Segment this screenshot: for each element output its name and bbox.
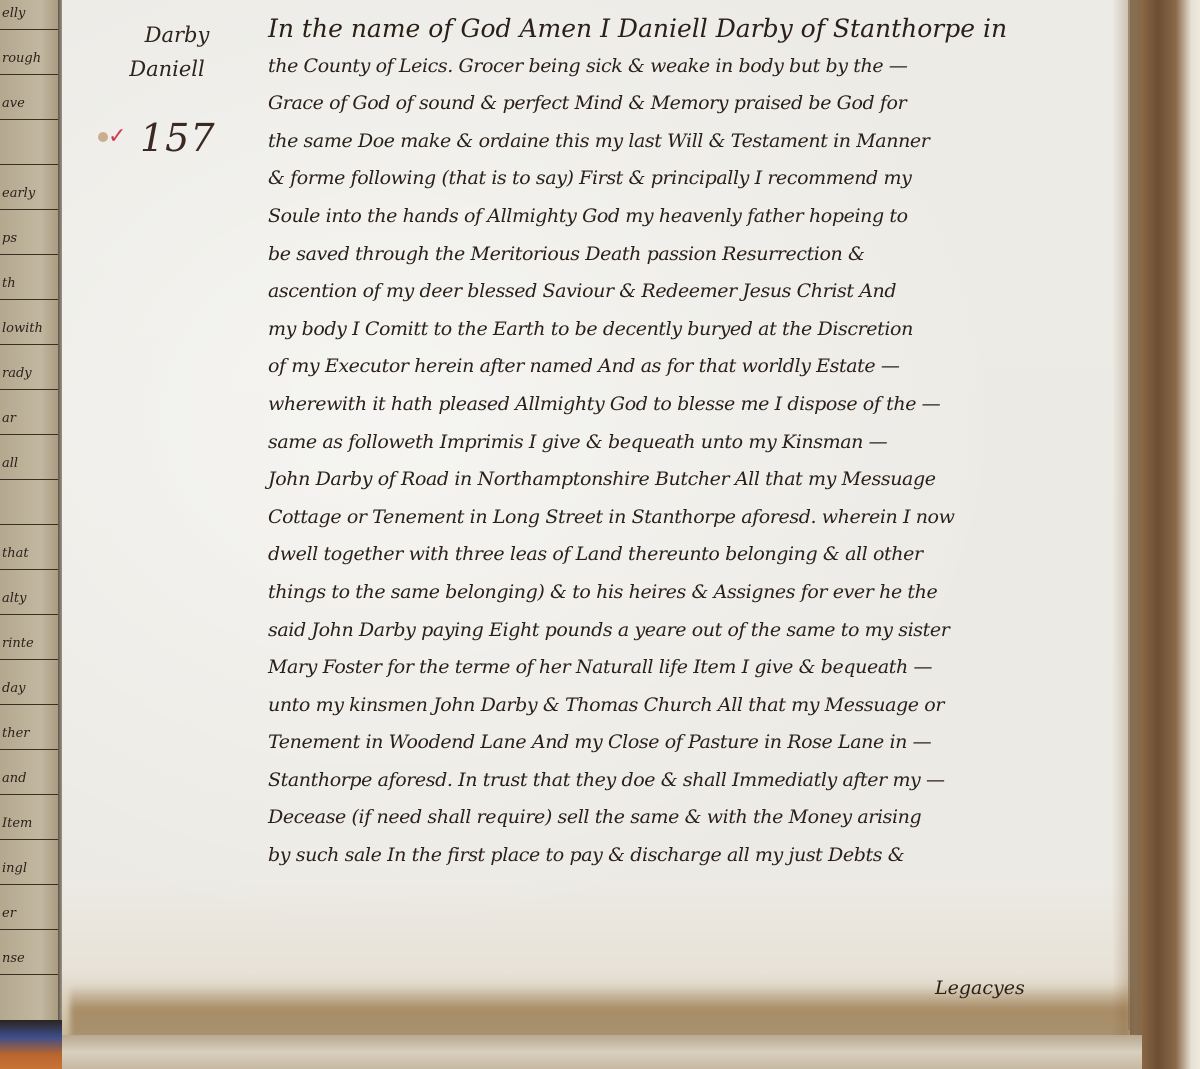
facing-page-fragment: ther: [0, 722, 58, 750]
facing-page-fragment: that: [0, 542, 58, 570]
ink-spot: [98, 132, 108, 142]
manuscript-line: Mary Foster for the terme of her Natural…: [268, 649, 1116, 687]
facing-page-fragment: Item: [0, 812, 58, 840]
margin-testator-name: Darby Daniell: [112, 18, 222, 86]
manuscript-line: said John Darby paying Eight pounds a ye…: [268, 612, 1116, 650]
facing-page-fragment: day: [0, 677, 58, 705]
folio-number: 157: [140, 116, 216, 160]
facing-page-fragment: ar: [0, 407, 58, 435]
manuscript-line: Grace of God of sound & perfect Mind & M…: [268, 85, 1116, 123]
manuscript-line: & forme following (that is to say) First…: [268, 160, 1116, 198]
facing-page-fragment: elly: [0, 2, 58, 30]
closing-word: Legacyes: [935, 977, 1025, 999]
manuscript-line: Decease (if need shall require) sell the…: [268, 799, 1116, 837]
facing-page-fragment: nse: [0, 947, 58, 975]
facing-page-fragment: th: [0, 272, 58, 300]
facing-page-fragment: ps: [0, 227, 58, 255]
facing-page-fragment: early: [0, 182, 58, 210]
manuscript-line: unto my kinsmen John Darby & Thomas Chur…: [268, 687, 1116, 725]
facing-page-fragment: rough: [0, 47, 58, 75]
manuscript-line: my body I Comitt to the Earth to be dece…: [268, 311, 1116, 349]
facing-page-fragment: rinte: [0, 632, 58, 660]
manuscript-line: things to the same belonging) & to his h…: [268, 574, 1116, 612]
facing-page-fragment: [0, 137, 58, 165]
facing-page-fragment: ave: [0, 92, 58, 120]
manuscript-line: Soule into the hands of Allmighty God my…: [268, 198, 1116, 236]
manuscript-line: dwell together with three leas of Land t…: [268, 536, 1116, 574]
manuscript-line: In the name of God Amen I Daniell Darby …: [268, 10, 1116, 48]
manuscript-line: Tenement in Woodend Lane And my Close of…: [268, 724, 1116, 762]
facing-page-fragment: [0, 497, 58, 525]
red-tick-icon: ✓: [108, 124, 126, 149]
manuscript-line: John Darby of Road in Northamptonshire B…: [268, 461, 1116, 499]
manuscript-line: the County of Leics. Grocer being sick &…: [268, 48, 1116, 86]
manuscript-line: the same Doe make & ordaine this my last…: [268, 123, 1116, 161]
facing-page-fragment: lowith: [0, 317, 58, 345]
facing-page-fragment: and: [0, 767, 58, 795]
manuscript-line: by such sale In the first place to pay &…: [268, 837, 1116, 875]
will-text: In the name of God Amen I Daniell Darby …: [268, 10, 1116, 875]
facing-page-fragment: rady: [0, 362, 58, 390]
facing-page-edge: ellyroughaveearlypsthlowithradyarallthat…: [0, 0, 58, 1020]
book-binding: [1140, 0, 1200, 1069]
facing-page-fragment: alty: [0, 587, 58, 615]
manuscript-line: Stanthorpe aforesd. In trust that they d…: [268, 762, 1116, 800]
manuscript-line: be saved through the Meritorious Death p…: [268, 236, 1116, 274]
manuscript-line: wherewith it hath pleased Allmighty God …: [268, 386, 1116, 424]
facing-page-fragment: all: [0, 452, 58, 480]
facing-page-fragment: ingl: [0, 857, 58, 885]
page-bottom-edge: [62, 1035, 1142, 1069]
facing-page-fragment: er: [0, 902, 58, 930]
margin-given-name: Daniell: [112, 52, 222, 86]
page-edge-line: [1128, 0, 1130, 1030]
manuscript-line: same as followeth Imprimis I give & bequ…: [268, 424, 1116, 462]
manuscript-line: ascention of my deer blessed Saviour & R…: [268, 273, 1116, 311]
margin-surname: Darby: [112, 18, 222, 52]
manuscript-line: of my Executor herein after named And as…: [268, 348, 1116, 386]
manuscript-line: Cottage or Tenement in Long Street in St…: [268, 499, 1116, 537]
